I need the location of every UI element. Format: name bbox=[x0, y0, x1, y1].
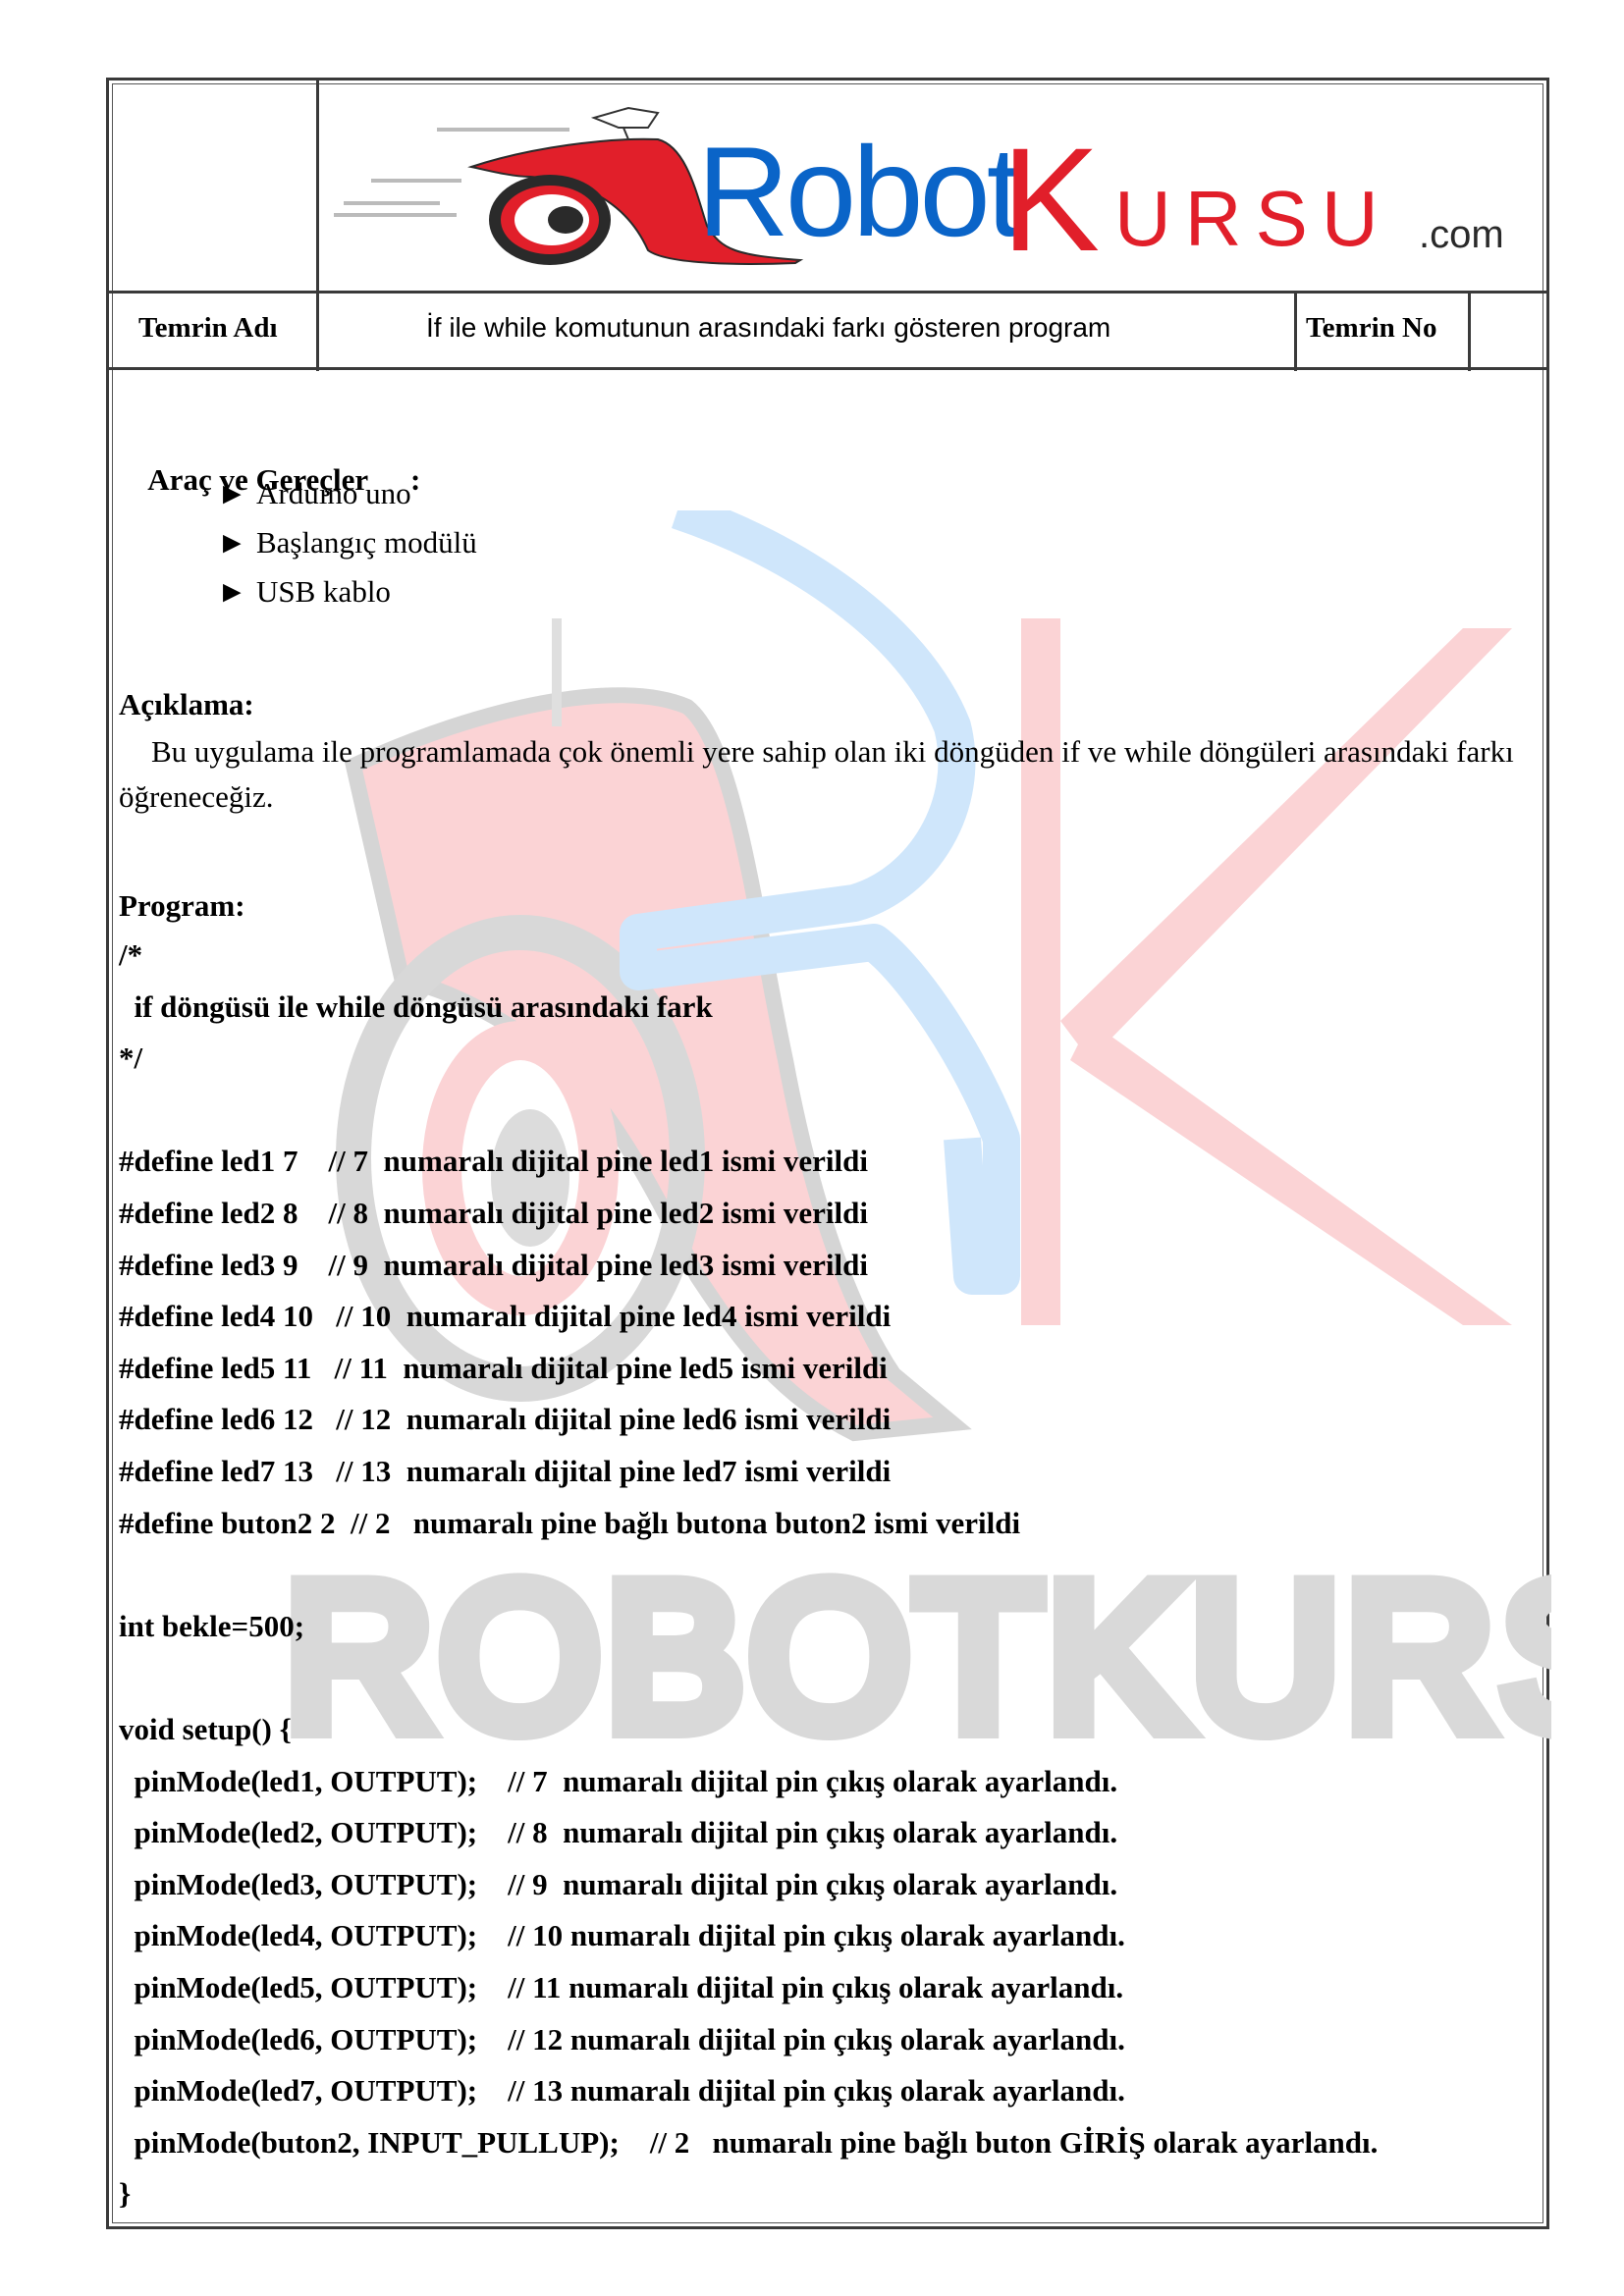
robotkursu-logo: Robot K URSU .com bbox=[334, 88, 1546, 285]
code-line: #define led3 9 // 9 numaralı dijital pin… bbox=[119, 1248, 868, 1283]
header-divider-left bbox=[316, 80, 319, 371]
code-line: int bekle=500; bbox=[119, 1609, 304, 1644]
code-line: void setup() { bbox=[119, 1712, 292, 1747]
code-line: #define buton2 2 // 2 numaralı pine bağl… bbox=[119, 1506, 1020, 1541]
tools-heading-colon: : bbox=[410, 462, 420, 498]
description-text-content: Bu uygulama ile programlamada çok önemli… bbox=[119, 734, 1514, 814]
code-line: /* bbox=[119, 937, 142, 973]
tools-list-item: ►Arduino uno bbox=[217, 476, 411, 511]
exercise-name-label: Temrin Adı bbox=[138, 312, 278, 345]
tools-list-item: ►USB kablo bbox=[217, 574, 391, 610]
description-heading: Açıklama: bbox=[119, 687, 254, 722]
header-divider-horizontal bbox=[109, 291, 1546, 294]
code-line: pinMode(led5, OUTPUT); // 11 numaralı di… bbox=[119, 1970, 1123, 2005]
code-line: */ bbox=[119, 1041, 142, 1076]
tools-list-item-text: USB kablo bbox=[256, 574, 391, 609]
code-line: pinMode(buton2, INPUT_PULLUP); // 2 numa… bbox=[119, 2125, 1378, 2161]
bullet-arrow-icon: ► bbox=[217, 574, 256, 610]
bullet-arrow-icon: ► bbox=[217, 525, 256, 561]
tools-list-item: ►Başlangıç modülü bbox=[217, 525, 477, 561]
code-line: #define led2 8 // 8 numaralı dijital pin… bbox=[119, 1196, 868, 1231]
code-line: #define led6 12 // 12 numaralı dijital p… bbox=[119, 1402, 891, 1437]
code-line: pinMode(led7, OUTPUT); // 13 numaralı di… bbox=[119, 2073, 1125, 2109]
header-divider-bottom bbox=[109, 367, 1546, 370]
code-line: } bbox=[119, 2176, 131, 2212]
description-text: Bu uygulama ile programlamada çok önemli… bbox=[119, 729, 1543, 820]
svg-text:URSU: URSU bbox=[1114, 175, 1392, 262]
program-heading: Program: bbox=[119, 888, 245, 924]
code-line: pinMode(led2, OUTPUT); // 8 numaralı dij… bbox=[119, 1815, 1117, 1850]
code-line: #define led7 13 // 13 numaralı dijital p… bbox=[119, 1454, 891, 1489]
tools-list-item-text: Başlangıç modülü bbox=[256, 525, 477, 560]
header-divider-title-right bbox=[1294, 291, 1297, 371]
svg-text:K: K bbox=[1001, 117, 1100, 282]
code-line: #define led4 10 // 10 numaralı dijital p… bbox=[119, 1299, 891, 1334]
code-line: if döngüsü ile while döngüsü arasındaki … bbox=[119, 989, 713, 1025]
svg-text:.com: .com bbox=[1419, 213, 1504, 256]
code-line: pinMode(led4, OUTPUT); // 10 numaralı di… bbox=[119, 1918, 1125, 1953]
code-line: #define led5 11 // 11 numaralı dijital p… bbox=[119, 1351, 888, 1386]
exercise-title: İf ile while komutunun arasındaki farkı … bbox=[426, 312, 1110, 344]
svg-text:Robot: Robot bbox=[697, 120, 1022, 263]
exercise-no-label: Temrin No bbox=[1306, 312, 1436, 345]
code-line: pinMode(led6, OUTPUT); // 12 numaralı di… bbox=[119, 2022, 1125, 2057]
bullet-arrow-icon: ► bbox=[217, 476, 256, 511]
header-divider-no-right bbox=[1468, 291, 1471, 371]
tools-list-item-text: Arduino uno bbox=[256, 476, 411, 510]
code-line: pinMode(led3, OUTPUT); // 9 numaralı dij… bbox=[119, 1867, 1117, 1902]
code-line: pinMode(led1, OUTPUT); // 7 numaralı dij… bbox=[119, 1764, 1117, 1799]
code-line: #define led1 7 // 7 numaralı dijital pin… bbox=[119, 1144, 868, 1179]
